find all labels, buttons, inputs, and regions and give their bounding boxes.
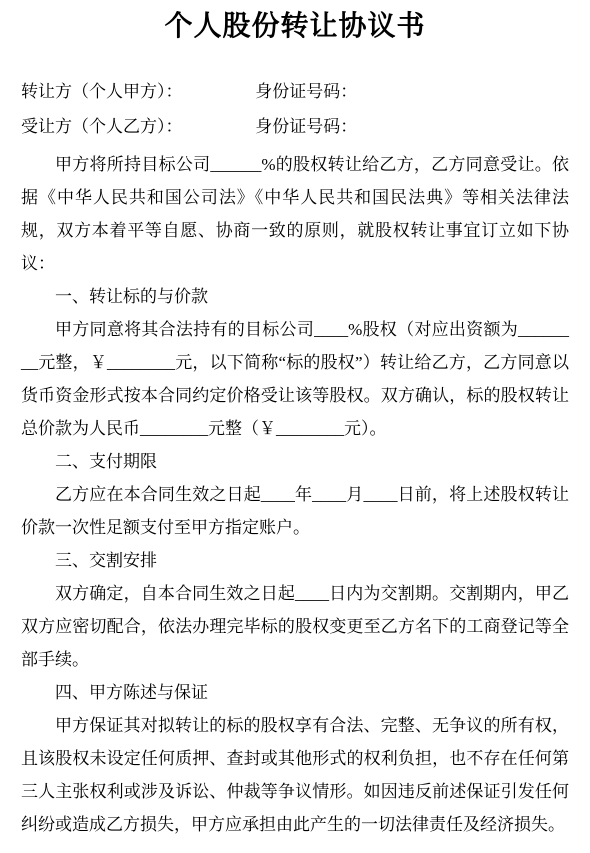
parties-block: 转让方（个人甲方）： 身份证号码： 受让方（个人乙方）： 身份证号码： xyxy=(21,74,569,144)
transferee-role-label: 受让方（个人乙方）： xyxy=(21,109,251,144)
contract-page: 个人股份转让协议书 转让方（个人甲方）： 身份证号码： 受让方（个人乙方）： 身… xyxy=(0,0,590,853)
section-heading-2-payment-term: 二、支付期限 xyxy=(21,445,569,478)
section-4-paragraph: 甲方保证其对拟转让的标的股权享有合法、完整、无争议的所有权，且该股权未设定任何质… xyxy=(21,709,569,841)
section-2-paragraph: 乙方应在本合同生效之日起____年____月____日前，将上述股权转让价款一次… xyxy=(21,478,569,544)
section-3-paragraph: 双方确定，自本合同生效之日起____日内为交割期。交割期内，甲乙双方应密切配合，… xyxy=(21,577,569,676)
transferee-id-number-label: 身份证号码： xyxy=(255,109,357,144)
section-heading-3-closing-arrangement: 三、交割安排 xyxy=(21,544,569,577)
section-1-paragraph: 甲方同意将其合法持有的目标公司____%股权（对应出资额为________元整，… xyxy=(21,313,569,445)
party-row-transferor: 转让方（个人甲方）： 身份证号码： xyxy=(21,74,569,109)
contract-body: 甲方将所持目标公司______%的股权转让给乙方，乙方同意受让。依据《中华人民共… xyxy=(21,148,569,841)
transferor-id-number-label: 身份证号码： xyxy=(255,74,357,109)
preamble-paragraph: 甲方将所持目标公司______%的股权转让给乙方，乙方同意受让。依据《中华人民共… xyxy=(21,148,569,280)
transferor-role-label: 转让方（个人甲方）： xyxy=(21,74,251,109)
section-heading-4-party-a-representations: 四、甲方陈述与保证 xyxy=(21,676,569,709)
section-heading-1-transfer-subject-and-price: 一、转让标的与价款 xyxy=(21,280,569,313)
party-row-transferee: 受让方（个人乙方）： 身份证号码： xyxy=(21,109,569,144)
document-title: 个人股份转让协议书 xyxy=(21,8,569,44)
